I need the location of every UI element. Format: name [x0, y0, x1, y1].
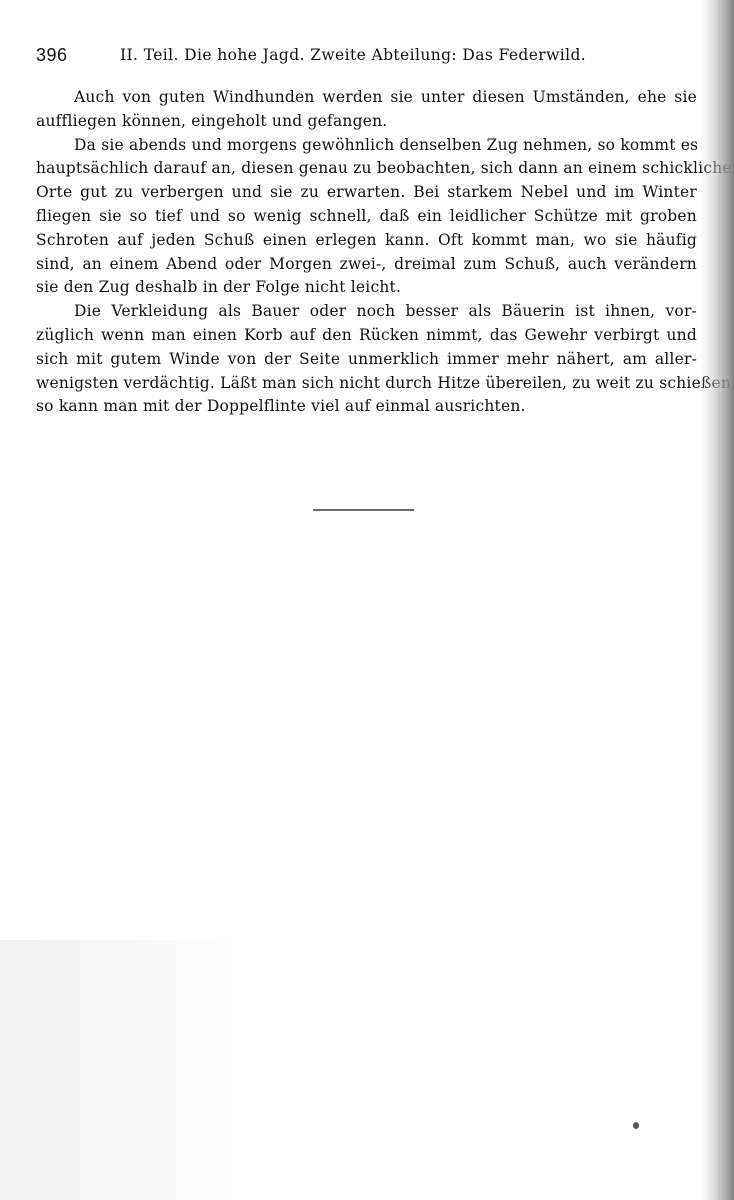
binding-shadow — [700, 0, 734, 1200]
text-line: Da sie abends und morgens gewöhnlich den… — [36, 134, 697, 158]
section-end-rule — [313, 509, 414, 511]
page-number: 396 — [36, 42, 68, 68]
text-line: Schroten auf jeden Schuß einen erlegen k… — [36, 229, 697, 253]
paragraph-3: Die Verkleidung als Bauer oder noch bess… — [36, 300, 697, 419]
text-line: so kann man mit der Doppelflinte viel au… — [36, 395, 697, 419]
text-line: auffliegen können, eingeholt und gefange… — [36, 110, 697, 134]
text-line: fliegen sie so tief und so wenig schnell… — [36, 205, 697, 229]
paragraph-2: Da sie abends und morgens gewöhnlich den… — [36, 134, 697, 301]
text-line: Auch von guten Windhunden werden sie unt… — [36, 86, 697, 110]
scan-speck — [633, 1122, 639, 1129]
scan-show-through — [0, 940, 260, 1200]
body-text: Auch von guten Windhunden werden sie unt… — [36, 86, 697, 419]
text-line: sind, an einem Abend oder Morgen zwei-, … — [36, 253, 697, 277]
text-line: Die Verkleidung als Bauer oder noch bess… — [36, 300, 697, 324]
page-header: 396 II. Teil. Die hohe Jagd. Zweite Abte… — [36, 42, 656, 68]
text-line: züglich wenn man einen Korb auf den Rück… — [36, 324, 697, 348]
text-line: sich mit gutem Winde von der Seite unmer… — [36, 348, 697, 372]
book-page: 396 II. Teil. Die hohe Jagd. Zweite Abte… — [0, 0, 734, 1200]
text-line: wenigsten verdächtig. Läßt man sich nich… — [36, 372, 697, 396]
running-head: II. Teil. Die hohe Jagd. Zweite Abteilun… — [120, 42, 586, 68]
text-line: sie den Zug deshalb in der Folge nicht l… — [36, 276, 697, 300]
paragraph-1: Auch von guten Windhunden werden sie unt… — [36, 86, 697, 134]
text-line: Orte gut zu verbergen und sie zu erwarte… — [36, 181, 697, 205]
text-line: hauptsächlich darauf an, diesen genau zu… — [36, 157, 697, 181]
